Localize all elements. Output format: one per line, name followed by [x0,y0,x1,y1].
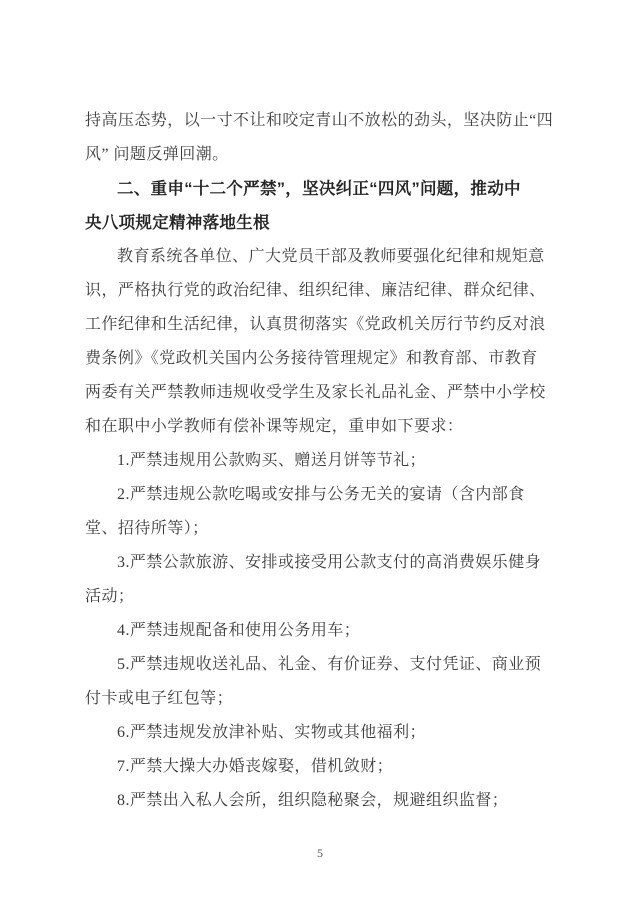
paragraph-line: 和在职中小学教师有偿补课等规定，重申如下要求： [85,410,565,444]
paragraph-line: 教育系统各单位、广大党员干部及教师要强化纪律和规矩意 [85,240,565,274]
list-item-line: 6.严禁违规发放津补贴、实物或其他福利； [85,716,565,750]
page-number: 5 [0,846,640,861]
list-item-line: 3.严禁公款旅游、安排或接受用公款支付的高消费娱乐健身 [85,546,565,580]
list-item-line: 付卡或电子红包等； [85,682,565,716]
document-page: 持高压态势，以一寸不让和咬定青山不放松的劲头，坚决防止“四 风” 问题反弹回潮。… [0,0,640,904]
section-heading-line: 央八项规定精神落地生根 [85,206,565,240]
paragraph-line: 持高压态势，以一寸不让和咬定青山不放松的劲头，坚决防止“四 [85,104,565,138]
list-item-line: 5.严禁违规收送礼品、礼金、有价证券、支付凭证、商业预 [85,648,565,682]
list-item-line: 1.严禁违规用公款购买、赠送月饼等节礼； [85,444,565,478]
list-item-line: 7.严禁大操大办婚丧嫁娶，借机敛财； [85,750,565,784]
paragraph-line: 识，严格执行党的政治纪律、组织纪律、廉洁纪律、群众纪律、 [85,274,565,308]
document-body: 持高压态势，以一寸不让和咬定青山不放松的劲头，坚决防止“四 风” 问题反弹回潮。… [85,104,565,818]
section-heading-line: 二、重申“十二个严禁”，坚决纠正“四风”问题，推动中 [85,172,565,206]
list-item-line: 堂、招待所等）； [85,512,565,546]
paragraph-line: 风” 问题反弹回潮。 [85,138,565,172]
list-item-line: 8.严禁出入私人会所，组织隐秘聚会，规避组织监督； [85,784,565,818]
paragraph-line: 工作纪律和生活纪律，认真贯彻落实《党政机关厉行节约反对浪 [85,308,565,342]
list-item-line: 2.严禁违规公款吃喝或安排与公务无关的宴请（含内部食 [85,478,565,512]
list-item-line: 活动； [85,580,565,614]
list-item-line: 4.严禁违规配备和使用公务用车； [85,614,565,648]
paragraph-line: 费条例》《党政机关国内公务接待管理规定》和教育部、市教育 [85,342,565,376]
paragraph-line: 两委有关严禁教师违规收受学生及家长礼品礼金、严禁中小学校 [85,376,565,410]
